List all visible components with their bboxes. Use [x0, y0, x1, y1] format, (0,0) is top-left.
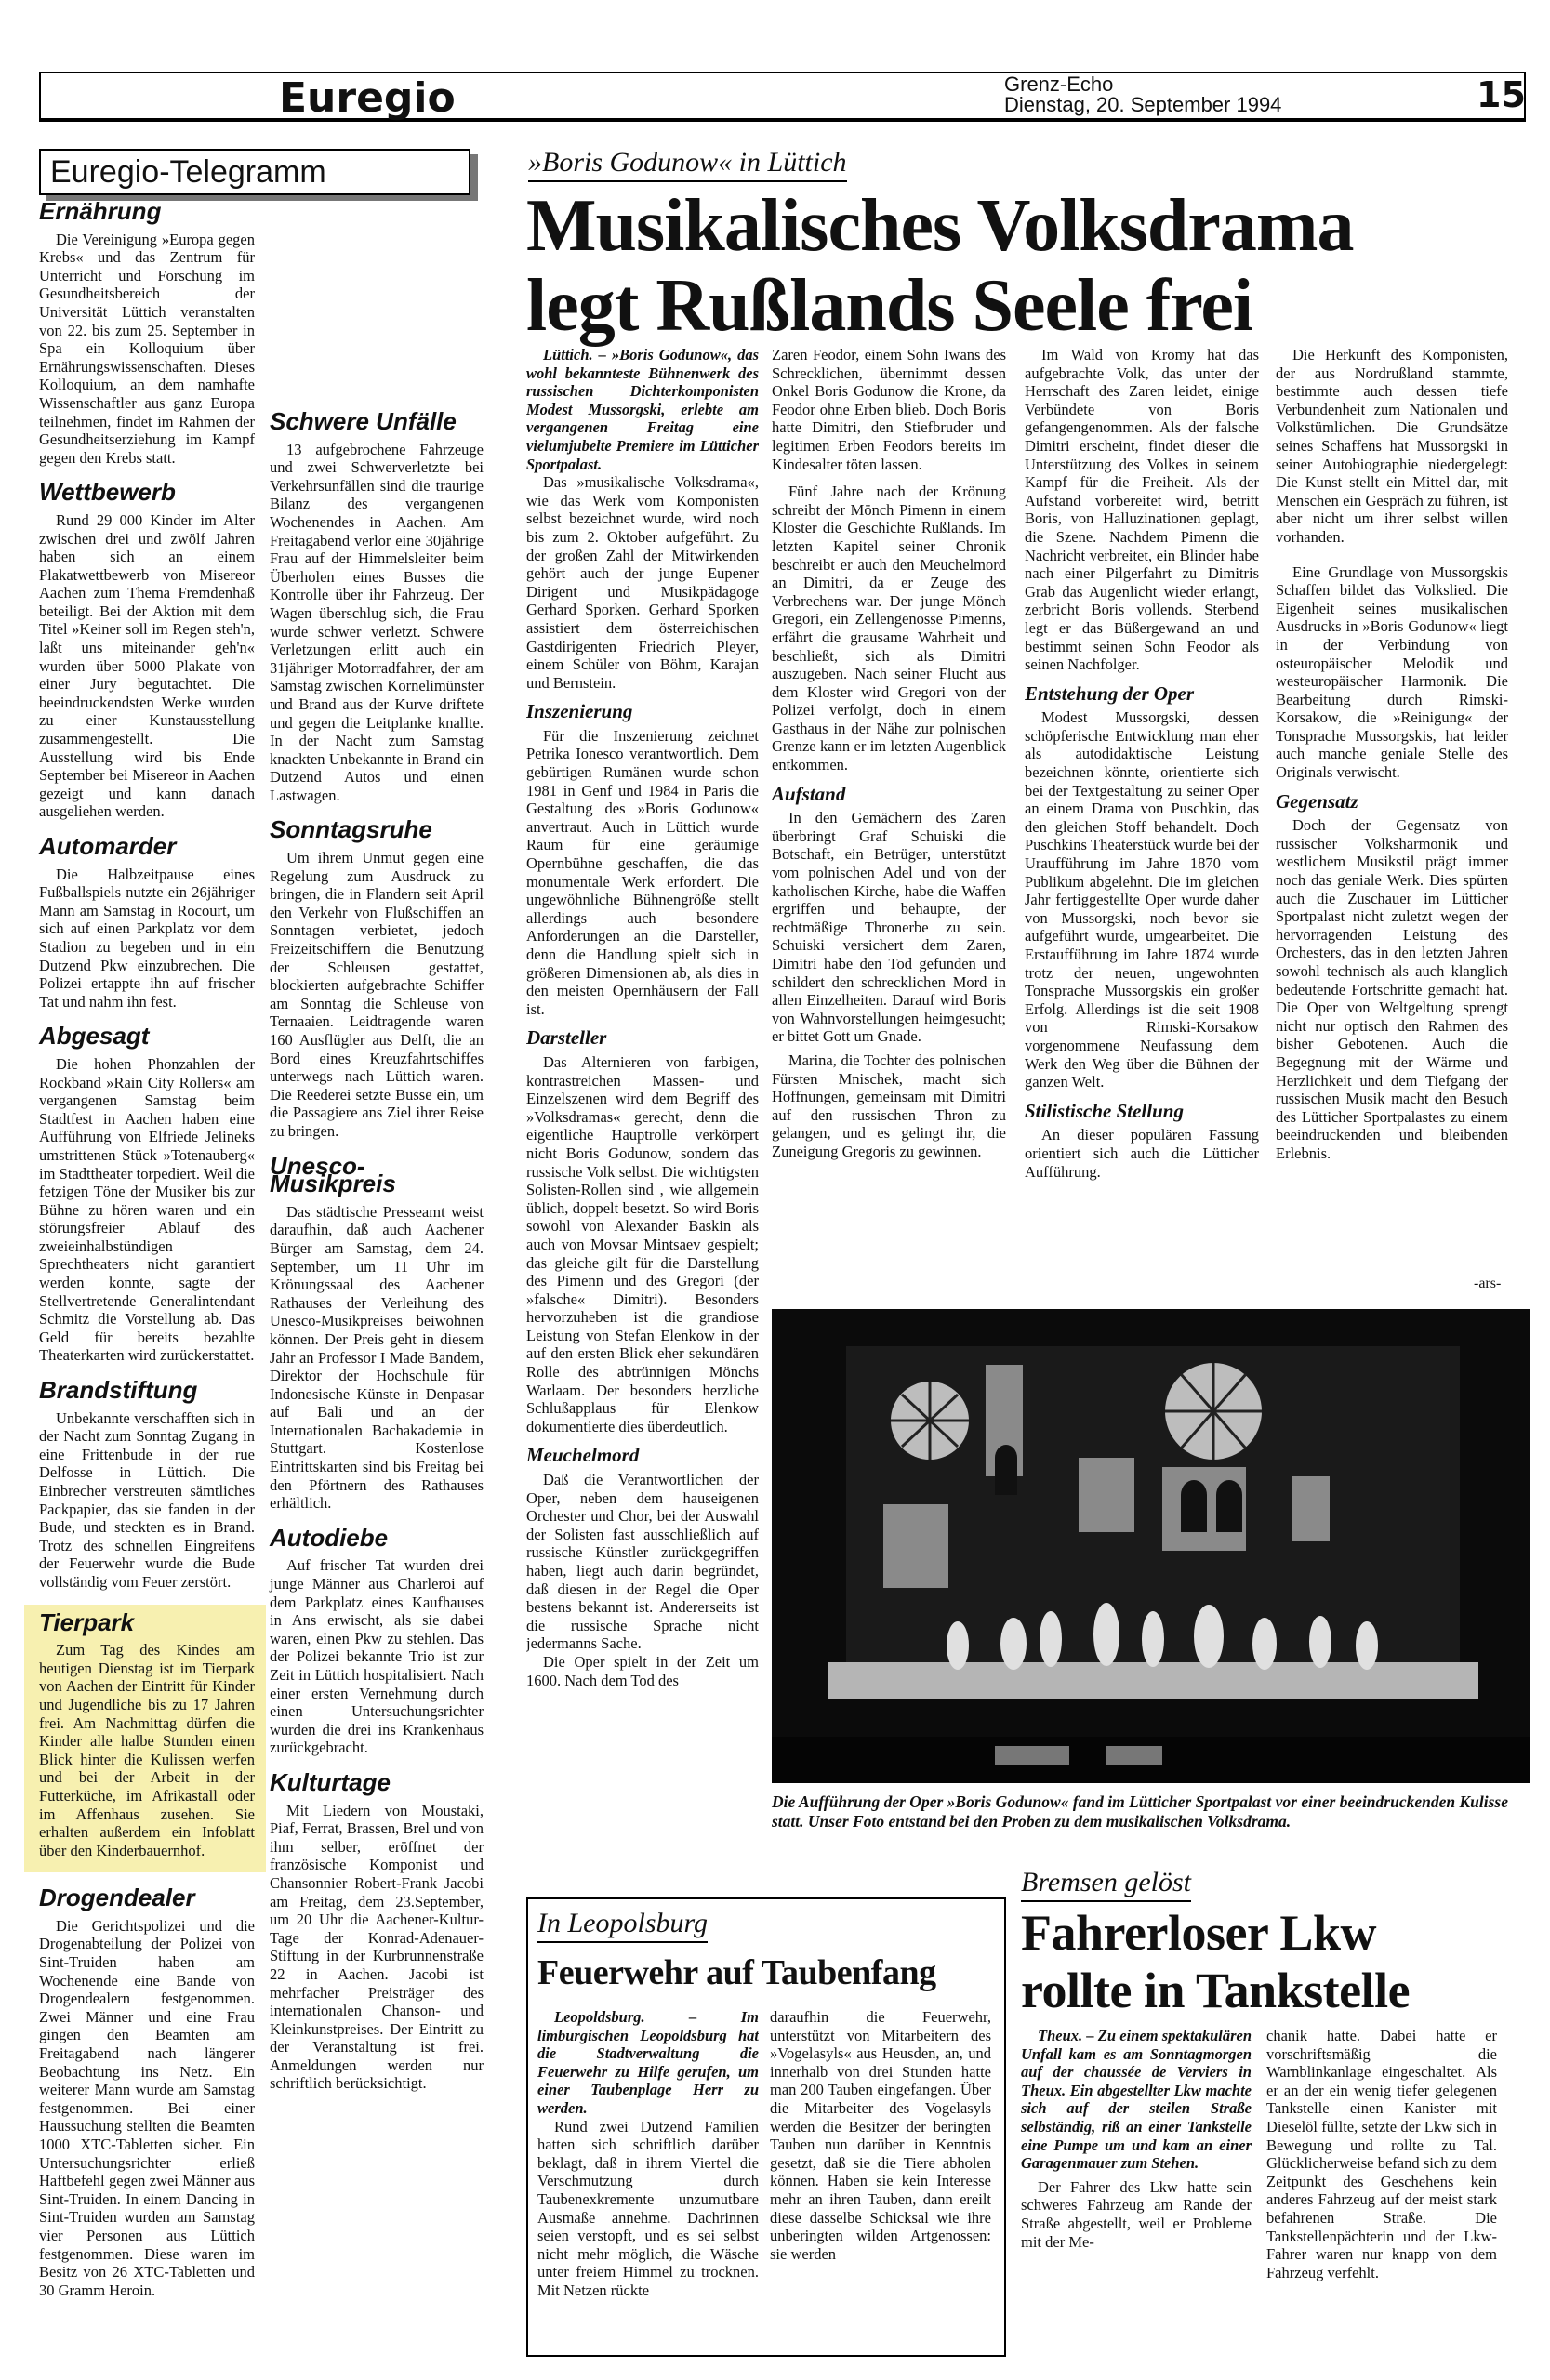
main-kicker: »Boris Godunow« in Lüttich: [528, 147, 847, 182]
item-heading: Automarder: [39, 838, 255, 856]
item-text: Die hohen Phonzahlen der Rockband »Rain …: [39, 1055, 255, 1365]
item-heading: Tierpark: [39, 1614, 255, 1633]
truck-column-2: chanik hatte. Dabei hatte er vorschrifts…: [1266, 2027, 1497, 2343]
item-text: 13 aufgebrochene Fahrzeuge und zwei Schw…: [270, 441, 484, 805]
item-text: Unbekannte verschafften sich in der Nach…: [39, 1409, 255, 1592]
item-text: Rund 29 000 Kinder im Alter zwischen dre…: [39, 511, 255, 821]
highlighted-item: Tierpark Zum Tag des Kindes am heutigen …: [24, 1605, 266, 1873]
item-heading: Abgesagt: [39, 1027, 255, 1046]
subheading: Entstehung der Oper: [1025, 685, 1259, 704]
pigeon-kicker: In Leopolsburg: [537, 1908, 708, 1943]
masthead-frame: [39, 72, 1526, 122]
pigeon-column-2: daraufhin die Feuerwehr, unterstützt von…: [770, 2008, 991, 2343]
issue-date: Dienstag, 20. September 1994: [1004, 95, 1281, 115]
item-heading: Schwere Unfälle: [270, 413, 484, 431]
subheading: Inszenierung: [526, 703, 759, 721]
item-heading: Wettbewerb: [39, 483, 255, 502]
masthead-meta: Grenz-Echo Dienstag, 20. September 1994: [1004, 74, 1281, 115]
subheading: Stilistische Stellung: [1025, 1103, 1259, 1121]
section-title: Euregio: [279, 74, 456, 122]
paper-name: Grenz-Echo: [1004, 74, 1281, 95]
main-headline: Musikalisches Volksdrama legt Rußlands S…: [526, 186, 1540, 346]
photo-caption: Die Aufführung der Oper »Boris Godunow« …: [772, 1792, 1530, 1831]
telegram-banner: Euregio-Telegramm: [39, 149, 470, 195]
main-column-2: Zaren Feodor, einem Sohn Iwans des Schre…: [772, 346, 1006, 1294]
item-text: Auf frischer Tat wurden drei junge Männe…: [270, 1556, 484, 1757]
item-heading: Brandstiftung: [39, 1382, 255, 1400]
telegram-column-2: Schwere Unfälle 13 aufgebrochene Fahrzeu…: [270, 197, 484, 2093]
byline: -ars-: [1474, 1276, 1501, 1292]
truck-column-1: Theux. – Zu einem spektakulären Unfall k…: [1021, 2027, 1252, 2343]
item-heading: Ernährung: [39, 203, 255, 221]
pigeon-headline: Feuerwehr auf Taubenfang: [537, 1952, 936, 1993]
main-column-4: Die Herkunft des Komponisten, der aus No…: [1276, 346, 1508, 1294]
truck-kicker: Bremsen gelöst: [1021, 1867, 1191, 1902]
subheading: Gegensatz: [1276, 793, 1508, 812]
item-text: Mit Liedern von Moustaki, Piaf, Ferrat, …: [270, 1802, 484, 2094]
item-text: Die Vereinigung »Europa gegen Krebs« und…: [39, 231, 255, 468]
item-text: Die Halbzeitpause eines Fußballspiels nu…: [39, 866, 255, 1011]
subheading: Aufstand: [772, 786, 1006, 804]
item-heading: Unesco-Musikpreis: [270, 1157, 484, 1194]
article-lead: Lüttich. – »Boris Godunow«, das wohl bek…: [526, 346, 759, 473]
item-heading: Drogendealer: [39, 1889, 255, 1908]
opera-stage-illustration: [772, 1309, 1530, 1783]
item-text: Die Gerichtspolizei und die Drogenabteil…: [39, 1917, 255, 2299]
item-text: Um ihrem Unmut gegen eine Regelung zum A…: [270, 849, 484, 1141]
item-heading: Sonntagsruhe: [270, 821, 484, 840]
item-text: Das städtische Presseamt weist daraufhin…: [270, 1203, 484, 1513]
drogendealer-continuation-space: [270, 197, 484, 396]
page-number: 15: [1477, 74, 1526, 115]
pigeon-column-1: Leopoldsburg. – Im limburgischen Leopold…: [537, 2008, 759, 2343]
item-text: Zum Tag des Kindes am heutigen Dienstag …: [39, 1641, 255, 1859]
subheading: Darsteller: [526, 1029, 759, 1048]
subheading: Meuchelmord: [526, 1447, 759, 1465]
truck-headline: Fahrerloser Lkw rollte in Tankstelle: [1021, 1904, 1410, 2019]
telegram-banner-label: Euregio-Telegramm: [41, 154, 326, 190]
item-heading: Kulturtage: [270, 1774, 484, 1792]
main-column-3: Im Wald von Kromy hat das aufgebrachte V…: [1025, 346, 1259, 1294]
telegram-column-1: Ernährung Die Vereinigung »Europa gegen …: [39, 197, 255, 2299]
opera-stage-photo: [772, 1309, 1530, 1783]
item-heading: Autodiebe: [270, 1529, 484, 1548]
main-column-1: Lüttich. – »Boris Godunow«, das wohl bek…: [526, 346, 759, 1880]
